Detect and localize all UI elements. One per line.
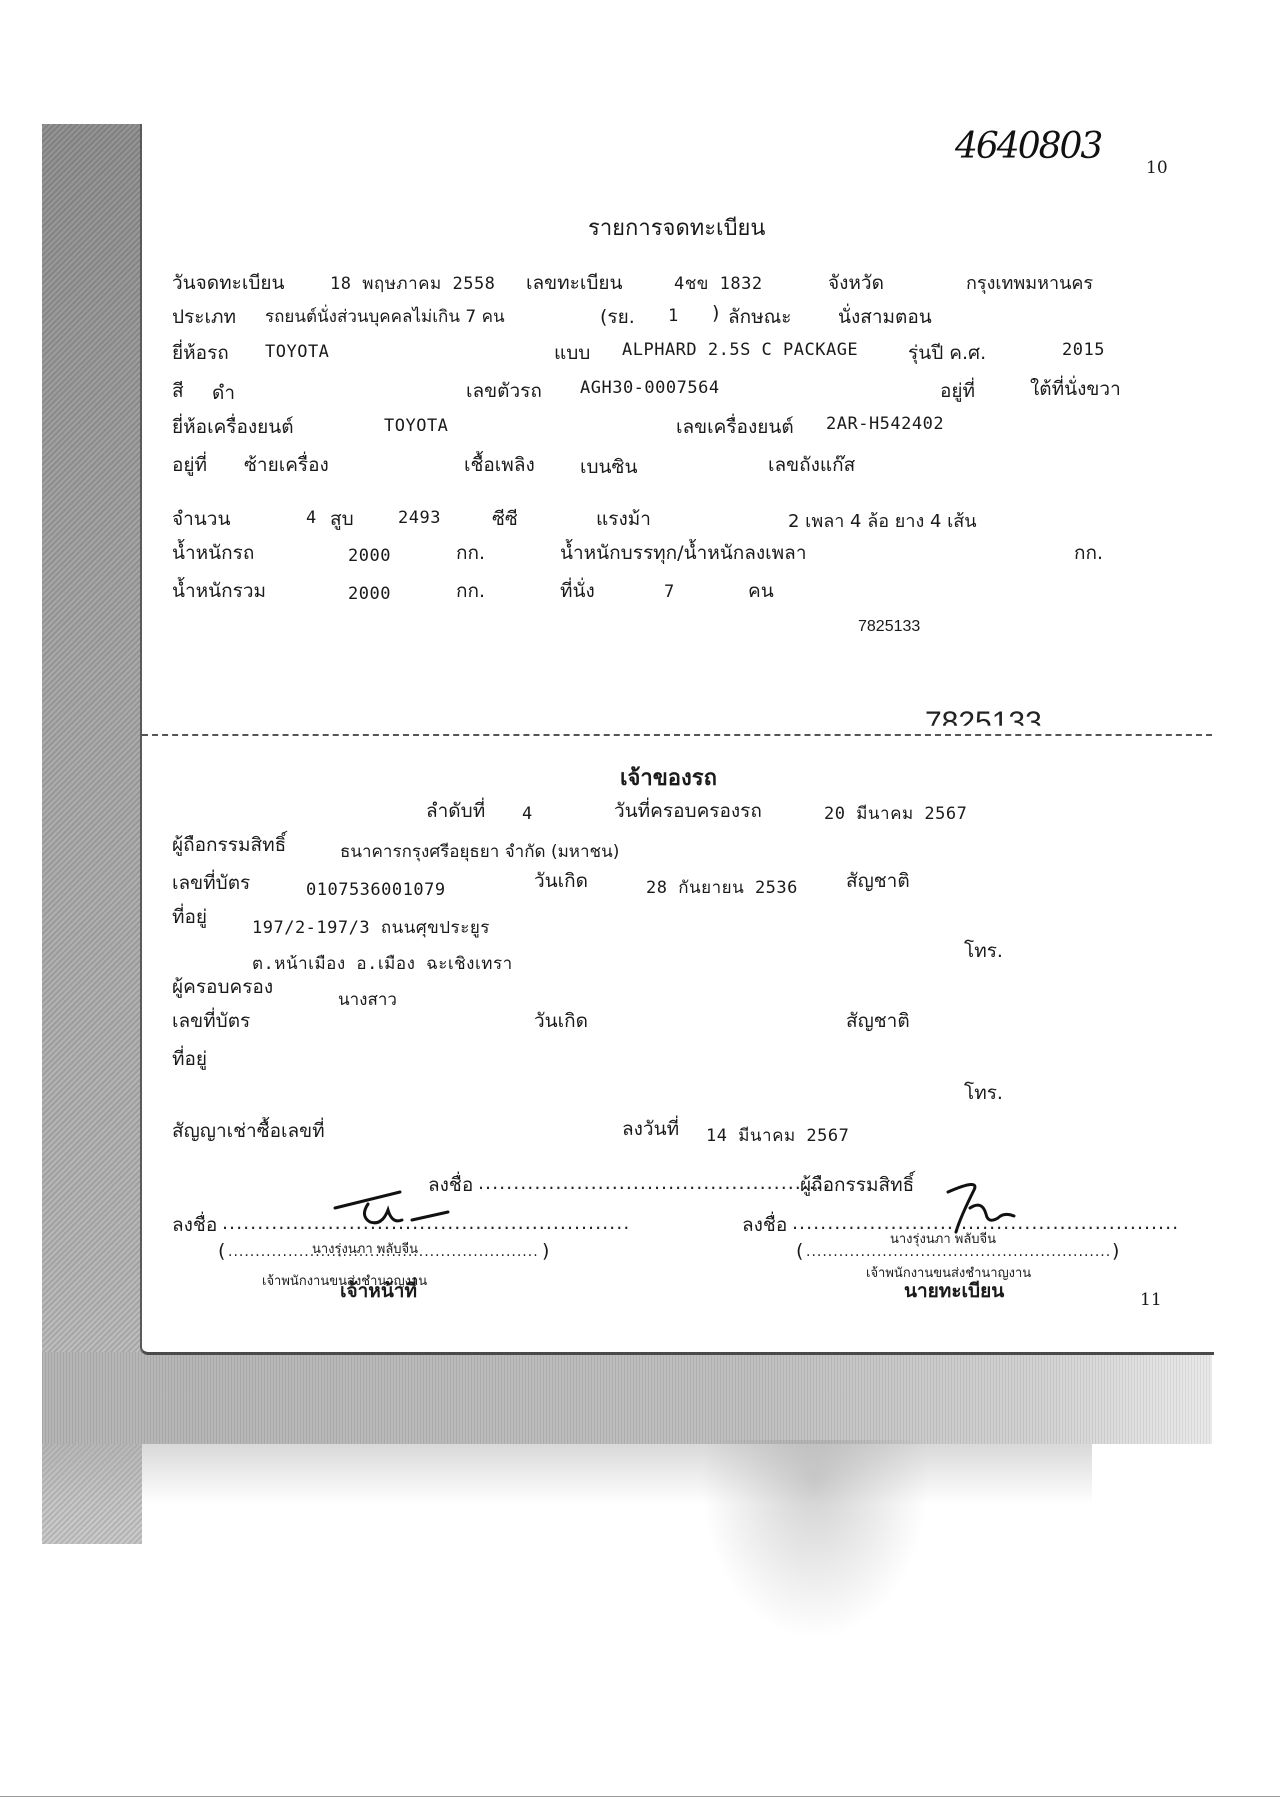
- officer-paren-open: (: [218, 1240, 225, 1262]
- model: ALPHARD 2.5S C PACKAGE: [622, 340, 858, 360]
- chassis-location: ใต้ที่นั่งขวา: [1030, 374, 1121, 404]
- model-label: แบบ: [554, 338, 590, 368]
- chassis-number: AGH30-0007564: [580, 378, 720, 398]
- owner-id-label: เลขที่บัตร: [172, 868, 250, 898]
- cylinders: 4: [306, 508, 317, 528]
- perforation-line: [142, 734, 1212, 736]
- contract-date-label: ลงวันที่: [622, 1114, 679, 1144]
- plate-number: 4ชข 1832: [674, 270, 763, 297]
- sequence: 4: [522, 804, 533, 824]
- rights-holder: ธนาคารกรุงศรีอยุธยา จำกัด (มหาชน): [340, 838, 619, 865]
- sequence-label: ลำดับที่: [426, 796, 485, 826]
- style-label: ลักษณะ: [728, 302, 792, 332]
- model-year-label: รุ่นปี ค.ศ.: [908, 338, 986, 368]
- possession-date: 20 มีนาคม 2567: [824, 800, 967, 827]
- engine-location-label: อยู่ที่: [172, 450, 207, 480]
- possession-date-label: วันที่ครอบครองรถ: [614, 796, 762, 826]
- engine-number-label: เลขเครื่องยนต์: [676, 412, 794, 442]
- gas-tank-label: เลขถังแก๊ส: [768, 450, 855, 480]
- vehicle-style: นั่งสามตอน: [838, 302, 932, 332]
- owner-address-line2: ต.หน้าเมือง อ.เมือง ฉะเชิงเทรา: [252, 950, 513, 977]
- registrar-paren-close: ): [1112, 1240, 1119, 1262]
- engine-cc: 2493: [398, 508, 441, 528]
- reg-date-label: วันจดทะเบียน: [172, 268, 285, 298]
- cylinders-label: จำนวน: [172, 504, 230, 534]
- registrar-role: นายทะเบียน: [904, 1276, 1004, 1306]
- possessor-id-label: เลขที่บัตร: [172, 1006, 250, 1036]
- ry-label-open: (รย.: [600, 302, 635, 332]
- owner-phone-label: โทร.: [964, 936, 1003, 966]
- owner-title: เจ้าของรถ: [620, 760, 717, 795]
- kg-unit-load: กก.: [1074, 538, 1103, 568]
- officer-sign-label: ลงชื่อ: [172, 1210, 217, 1240]
- color-label: สี: [172, 376, 184, 406]
- scan-shadow-left: [42, 124, 142, 1544]
- holder-role: ผู้ถือกรรมสิทธิ์: [800, 1170, 914, 1200]
- color: ดำ: [212, 378, 235, 408]
- province: กรุงเทพมหานคร: [966, 268, 1093, 297]
- province-label: จังหวัด: [828, 268, 884, 298]
- ry-label-close: ): [712, 302, 719, 324]
- type-label: ประเภท: [172, 302, 236, 332]
- axles-wheels: 2 เพลา 4 ล้อ ยาง 4 เส้น: [788, 506, 977, 535]
- rights-holder-label: ผู้ถือกรรมสิทธิ์: [172, 830, 286, 860]
- fuel-label: เชื้อเพลิง: [464, 450, 535, 480]
- load-weight-label: น้ำหนักบรรทุก/น้ำหนักลงเพลา: [560, 538, 807, 568]
- possessor-phone-label: โทร.: [964, 1078, 1003, 1108]
- officer-role: เจ้าหน้าที่: [340, 1276, 417, 1306]
- engine-brand: TOYOTA: [384, 416, 448, 436]
- scan-smudge: [700, 1440, 930, 1640]
- reg-date: 18 พฤษภาคม 2558: [330, 270, 495, 297]
- kg-unit-gross: กก.: [456, 576, 485, 606]
- seats-label: ที่นั่ง: [560, 576, 595, 606]
- owner-address-line1: 197/2-197/3 ถนนศุขประยูร: [252, 914, 490, 941]
- owner-address-label: ที่อยู่: [172, 902, 207, 932]
- possessor-nationality-label: สัญชาติ: [846, 1006, 910, 1036]
- page-edge-line: [0, 1796, 1280, 1797]
- owner-birth-label: วันเกิด: [534, 866, 588, 896]
- registration-title: รายการจดทะเบียน: [588, 210, 765, 245]
- possessor-birth-label: วันเกิด: [534, 1006, 588, 1036]
- brand-label: ยี่ห้อรถ: [172, 338, 229, 368]
- owner-id: 0107536001079: [306, 880, 446, 900]
- brand: TOYOTA: [265, 342, 329, 362]
- seats-unit: คน: [748, 576, 774, 606]
- scan-shadow-bottom: [42, 1352, 1212, 1444]
- chassis-location-label: อยู่ที่: [940, 376, 975, 406]
- possessor-name: นางสาว: [338, 986, 397, 1013]
- engine-number: 2AR-H542402: [826, 414, 944, 434]
- seats: 7: [664, 582, 675, 602]
- gross-weight: 2000: [348, 584, 391, 604]
- scan-fade: [42, 1444, 1092, 1504]
- registrar-sign-label: ลงชื่อ: [742, 1210, 787, 1240]
- officer-name-dots: ........................................…: [228, 1244, 539, 1260]
- page-number-top: 10: [1146, 158, 1168, 178]
- vehicle-weight-label: น้ำหนักรถ: [172, 538, 254, 568]
- serial-number: 7825133: [858, 618, 920, 636]
- cc-unit: ซีซี: [492, 504, 518, 534]
- registrar-name-dots: ........................................…: [806, 1244, 1111, 1260]
- model-year: 2015: [1062, 340, 1105, 360]
- registrar-paren-open: (: [796, 1240, 803, 1262]
- handwritten-reference: 4640803: [955, 126, 1101, 167]
- holder-sign-dots: ........................................…: [478, 1172, 830, 1194]
- ry-value: 1: [668, 306, 679, 326]
- cylinders-unit: สูบ: [330, 504, 354, 534]
- page-number-bottom: 11: [1140, 1290, 1162, 1310]
- horsepower-label: แรงม้า: [596, 504, 651, 534]
- owner-nationality-label: สัญชาติ: [846, 866, 910, 896]
- possessor-label: ผู้ครอบครอง: [172, 972, 273, 1002]
- owner-birth: 28 กันยายน 2536: [646, 874, 798, 901]
- kg-unit: กก.: [456, 538, 485, 568]
- officer-paren-close: ): [542, 1240, 549, 1262]
- gross-weight-label: น้ำหนักรวม: [172, 576, 266, 606]
- engine-brand-label: ยี่ห้อเครื่องยนต์: [172, 412, 294, 442]
- fuel: เบนซิน: [580, 452, 637, 482]
- plate-label: เลขทะเบียน: [526, 268, 623, 298]
- vehicle-type: รถยนต์นั่งส่วนบุคคลไม่เกิน 7 คน: [265, 303, 505, 330]
- vehicle-weight: 2000: [348, 546, 391, 566]
- contract-date: 14 มีนาคม 2567: [706, 1122, 849, 1149]
- contract-label: สัญญาเช่าซื้อเลขที่: [172, 1116, 325, 1146]
- engine-location: ซ้ายเครื่อง: [244, 450, 329, 480]
- possessor-address-label: ที่อยู่: [172, 1044, 207, 1074]
- chassis-label: เลขตัวรถ: [466, 376, 542, 406]
- officer-sign-dots: ........................................…: [222, 1212, 630, 1234]
